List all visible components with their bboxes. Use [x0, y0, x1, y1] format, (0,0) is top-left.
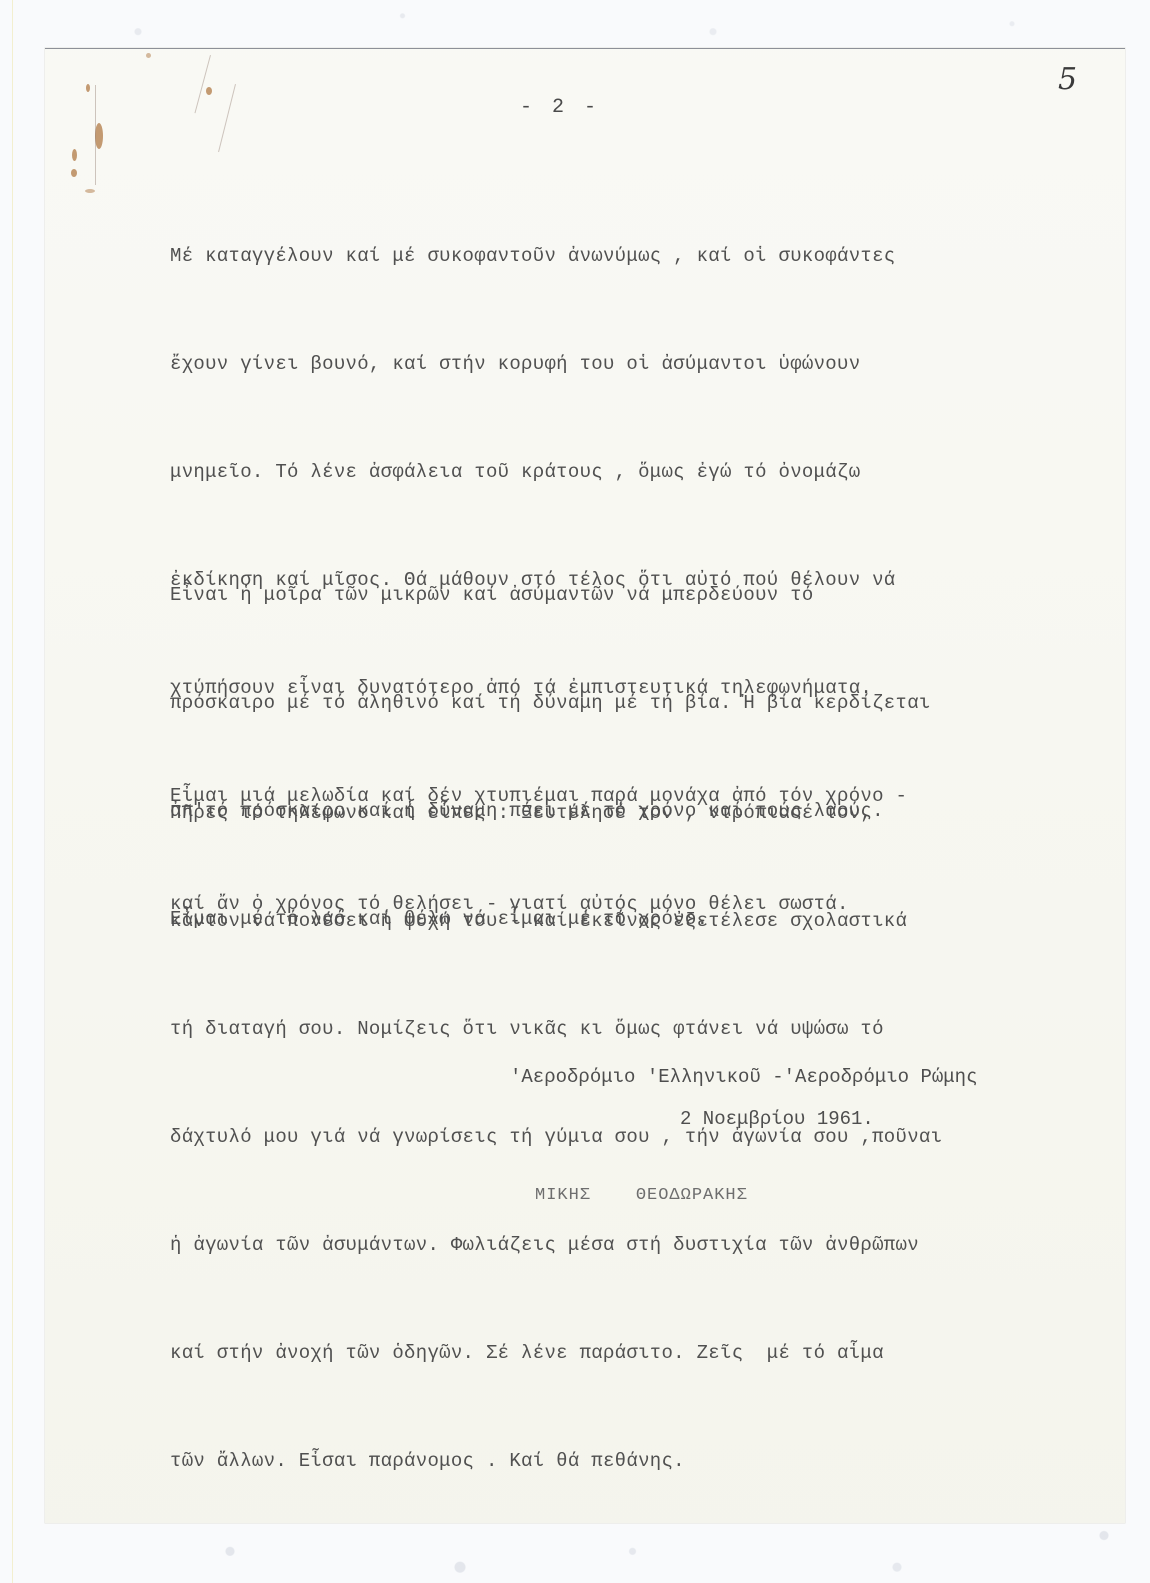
- rust-stain: [85, 189, 95, 193]
- text-line: πρόσκαιρο μέ τό ἀληθινό καί τή δύναμη μέ…: [170, 685, 931, 721]
- text-line: Μέ καταγγέλουν καί μέ συκοφαντοῦν ἀνωνύμ…: [170, 238, 907, 274]
- text-line: μνημεῖο. Τό λένε ἀσφάλεια τοῦ κράτους , …: [170, 454, 907, 490]
- signature-place: 'Αεροδρόμιο 'Ελληνικοῦ -'Αεροδρόμιο Ρώμη…: [510, 1066, 977, 1088]
- pencil-mark: [194, 55, 210, 113]
- text-line: κάντον νά πονέσει ἡ ψυχή του - καί ἐκεῖν…: [170, 903, 942, 939]
- rust-stain: [206, 87, 212, 95]
- rust-stain: [95, 123, 103, 149]
- text-line: ἡ ἀγωνία τῶν ἀσυμάντων. Φωλιάζεις μέσα σ…: [170, 1227, 942, 1263]
- text-line: ἔχουν γίνει βουνό, καί στήν κορυφή του ο…: [170, 346, 907, 382]
- rust-stain: [146, 53, 151, 58]
- text-line: τή διαταγή σου. Νομίζεις ὅτι νικᾶς κι ὅμ…: [170, 1011, 942, 1047]
- scan-edge-line: [12, 0, 13, 1583]
- rust-stain: [72, 149, 77, 161]
- rust-stain: [71, 169, 77, 177]
- pencil-mark: [95, 85, 96, 185]
- text-line: Εἶναι ἡ μοῖρα τῶν μικρῶν καί ἀσύμαντῶν ν…: [170, 577, 931, 613]
- handwritten-page-mark: 5: [1058, 62, 1077, 97]
- text-line: Πῆρες τό τηλέφωνο καί εἶπες : Ξευτέλησέ …: [170, 795, 942, 831]
- signature-name: ΜΙΚΗΣ ΘΕΟΔΩΡΑΚΗΣ: [535, 1186, 748, 1205]
- pencil-mark: [218, 84, 236, 152]
- text-line: τῶν ἄλλων. Εἶσαι παράνομος . Καί θά πεθά…: [170, 1443, 942, 1479]
- signature-date: 2 Νοεμβρίου 1961.: [680, 1108, 874, 1130]
- text-line: καί στήν ἀνοχή τῶν ὁδηγῶν. Σέ λένε παράσ…: [170, 1335, 942, 1371]
- page-number: - 2 -: [520, 96, 600, 119]
- rust-stain: [86, 84, 90, 92]
